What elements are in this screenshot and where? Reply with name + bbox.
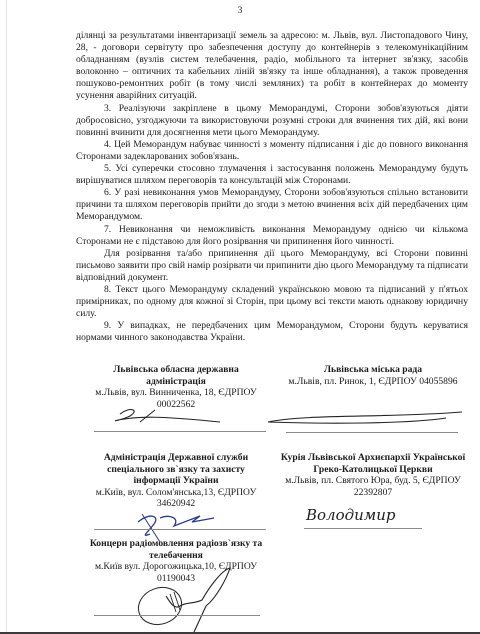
signatory-dsszzi: Адміністрація Державної служби спеціальн… <box>86 452 266 510</box>
signature-lviv-city-council <box>266 410 466 430</box>
signature-line <box>94 529 266 530</box>
signatory-org: Львівська міська рада <box>278 364 468 376</box>
page-edge <box>6 0 7 632</box>
signature-line <box>304 528 422 529</box>
signatory-address: м.Київ, вул. Солом'янська,13, ЄДРПОУ 346… <box>86 487 266 510</box>
paragraph-9: 9. У випадках, не передбачених цим Мемор… <box>76 320 468 344</box>
signatory-address: м.Львів, пл. Ринок, 1, ЄДРПОУ 04055896 <box>278 376 468 388</box>
paragraph-3: 3. Реалізуючи закріплене в цьому Меморан… <box>76 103 468 139</box>
paragraph-continuation: ділянці за результатами інвентаризації з… <box>76 30 468 103</box>
signatory-org: Концерн радіомовлення радіозв`язку та те… <box>86 538 266 561</box>
paragraph-4: 4. Цей Меморандум набуває чинності з мом… <box>76 139 468 163</box>
signatory-org: Львівська обласна державна адміністрація <box>86 364 266 387</box>
signature-line <box>286 432 458 433</box>
paragraph-termination: Для розірвання та/або припинення дії цьо… <box>76 248 468 284</box>
signature-rrt-concern <box>130 566 240 634</box>
signatory-org: Адміністрація Державної служби спеціальн… <box>86 452 266 487</box>
paragraph-8: 8. Текст цього Меморандуму складений укр… <box>76 284 468 320</box>
memorandum-body: ділянці за результатами інвентаризації з… <box>76 30 468 344</box>
paragraph-7: 7. Невиконання чи неможливість виконання… <box>76 224 468 248</box>
signatory-org: Курія Львівської Архиєпархії Української… <box>278 452 468 475</box>
signatory-lviv-city-council: Львівська міська рада м.Львів, пл. Ринок… <box>278 364 468 387</box>
page-number: 3 <box>0 6 480 16</box>
paragraph-5: 5. Усі суперечки стосовно тлумачення і з… <box>76 163 468 187</box>
signature-ugcc-curia: Володимир <box>306 506 396 524</box>
signature-line <box>94 431 266 432</box>
paragraph-6: 6. У разі невиконання умов Меморандуму, … <box>76 187 468 223</box>
signatory-address: м.Львів, пл. Святого Юра, буд. 5, ЄДРПОУ… <box>278 475 468 498</box>
signatory-ugcc-curia: Курія Львівської Архиєпархії Української… <box>278 452 468 498</box>
signature-line <box>94 615 260 616</box>
signature-lviv-oda <box>100 404 240 428</box>
